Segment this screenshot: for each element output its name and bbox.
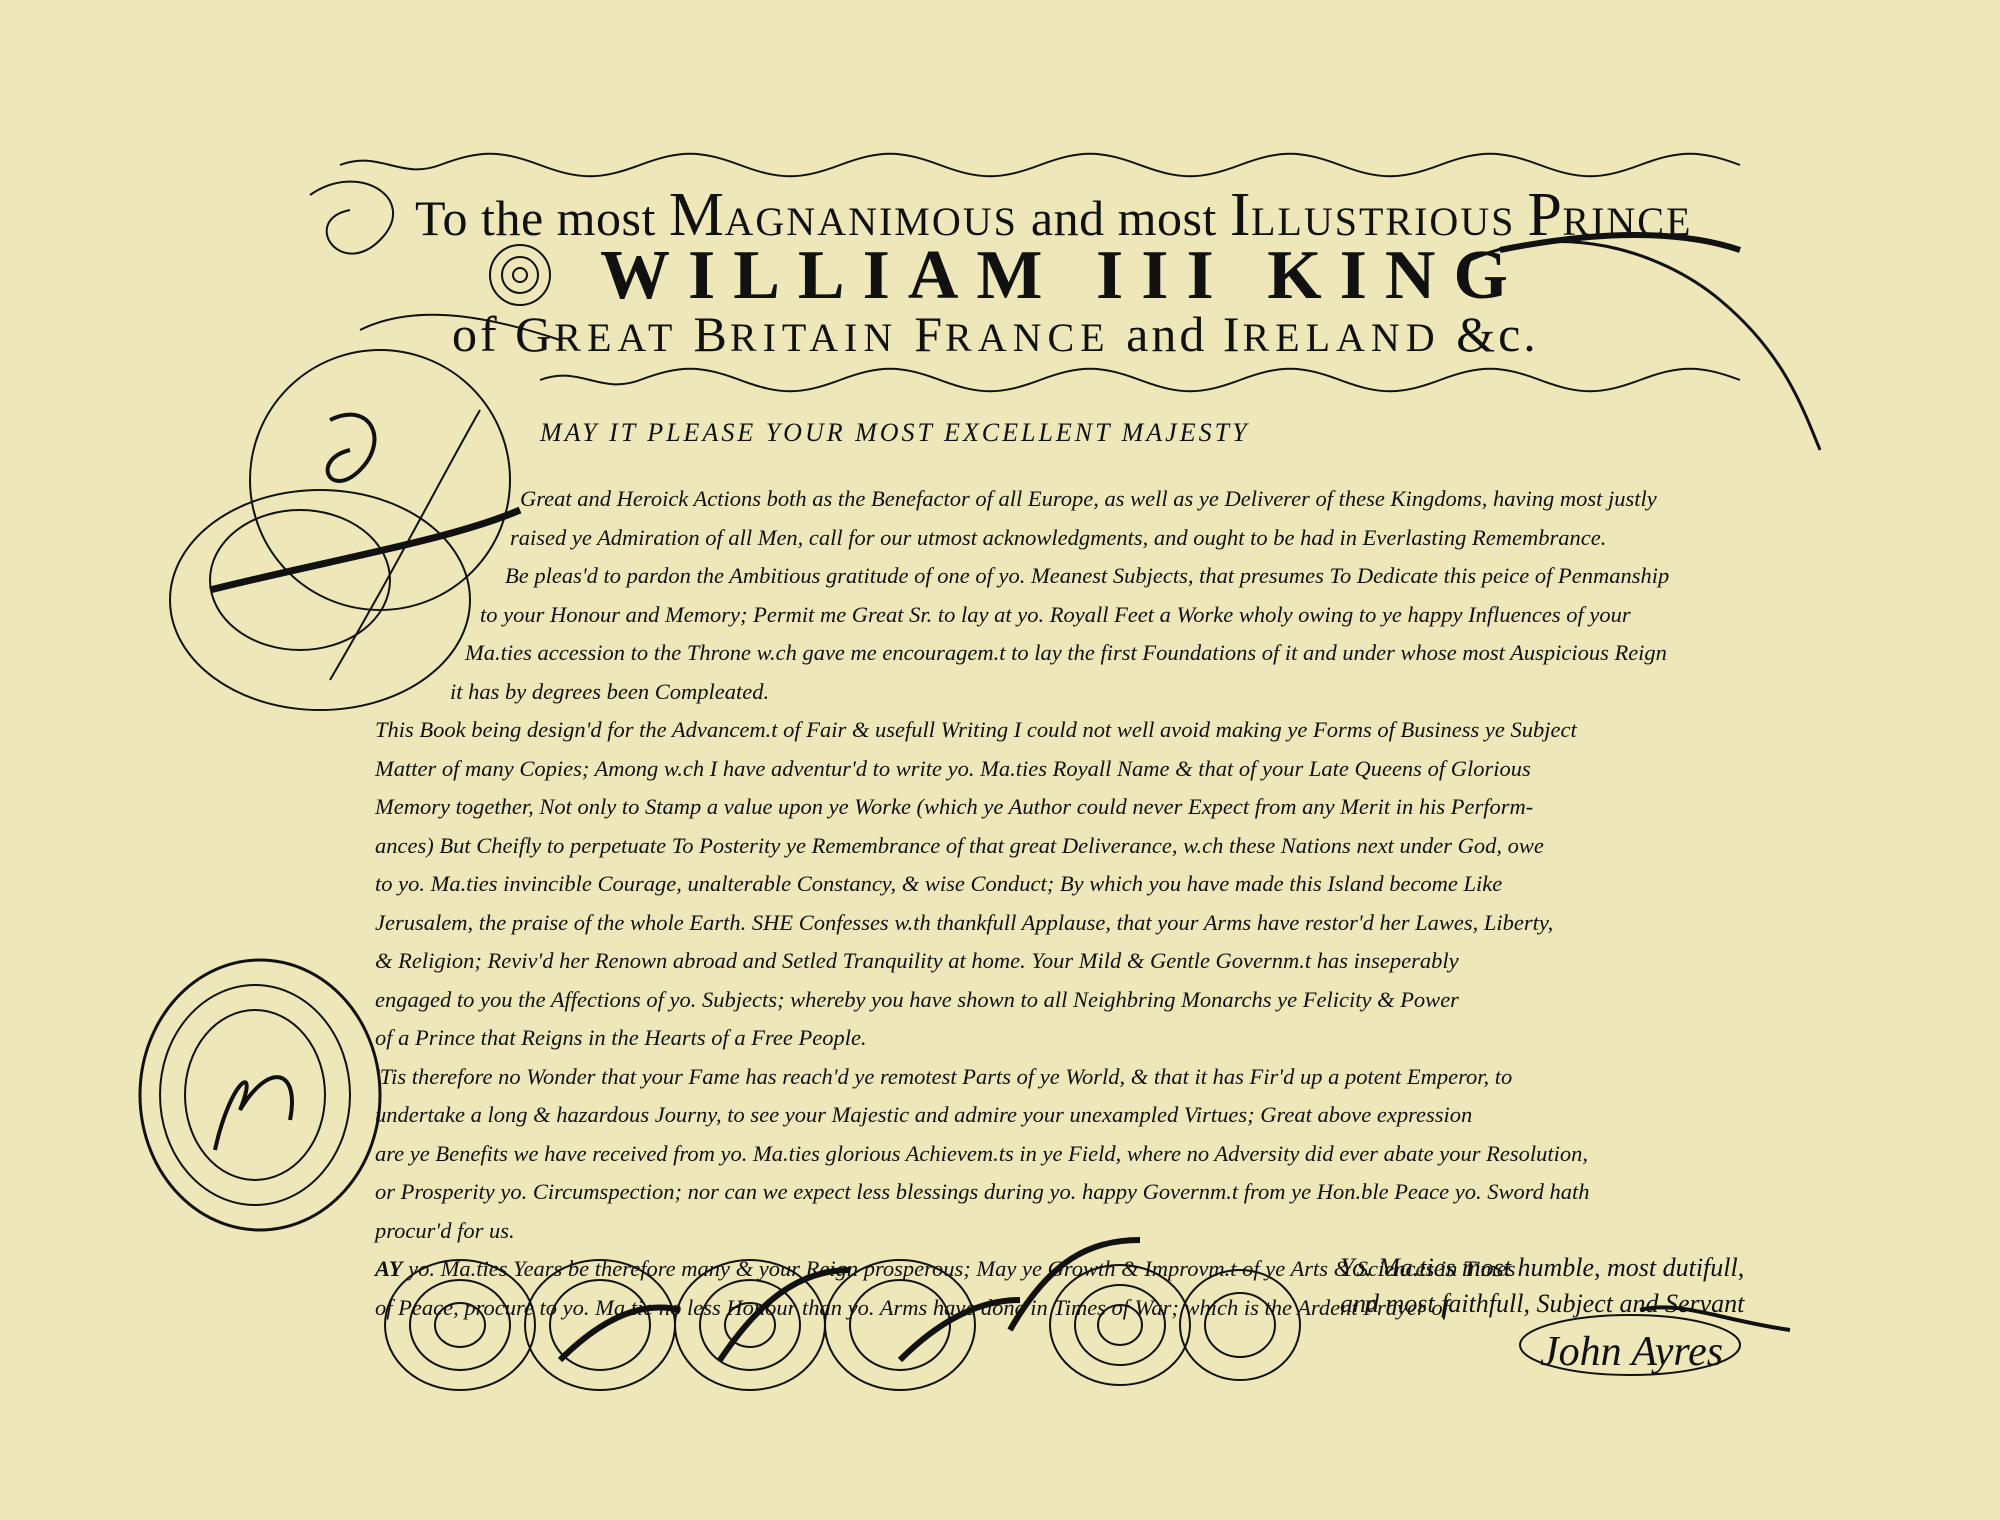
body-line: or Prosperity yo. Circumspection; nor ca… [375,1173,1840,1212]
title-text: I [1223,306,1243,362]
body-line: Ma.ties accession to the Throne w.ch gav… [375,634,1840,673]
dedication-body-text: Great and Heroick Actions both as the Be… [375,480,1840,1327]
title-text: &c. [1441,306,1539,362]
title-text: RANCE [945,315,1111,360]
body-line: 'Tis therefore no Wonder that your Fame … [375,1058,1840,1097]
author-signature: John Ayres [1540,1328,1723,1376]
closing-line: Yo. Ma.ties most humble, most dutifull, [1340,1250,1744,1286]
body-line: ances) But Cheifly to perpetuate To Post… [375,827,1840,866]
body-line: of a Prince that Reigns in the Hearts of… [375,1019,1840,1058]
body-line: engaged to you the Affections of yo. Sub… [375,981,1840,1020]
body-line: to yo. Ma.ties invincible Courage, unalt… [375,865,1840,904]
salutation: MAY IT PLEASE YOUR MOST EXCELLENT MAJEST… [540,418,1250,448]
body-line: Jerusalem, the praise of the whole Earth… [375,904,1840,943]
body-line: procur'd for us. [375,1212,1840,1251]
dedication-title-king-name: WILLIAM III KING [600,236,1526,316]
body-line: Matter of many Copies; Among w.ch I have… [375,750,1840,789]
body-line: This Book being design'd for the Advance… [375,711,1840,750]
closing-line: and most faithfull, Subject and Servant [1340,1286,1744,1322]
title-text: P [1527,181,1562,249]
body-line: to your Honour and Memory; Permit me Gre… [375,596,1840,635]
body-line: Be pleas'd to pardon the Ambitious grati… [375,557,1840,596]
body-line: & Religion; Reviv'd her Renown abroad an… [375,942,1840,981]
title-text: RINCE [1562,199,1692,244]
body-line: undertake a long & hazardous Journy, to … [375,1096,1840,1135]
title-text: and [1111,306,1223,362]
body-line: are ye Benefits we have received from yo… [375,1135,1840,1174]
closing-valediction: Yo. Ma.ties most humble, most dutifull, … [1340,1250,1744,1322]
title-text: B [694,306,730,362]
engraved-dedication-page: To the most MAGNANIMOUS and most ILLUSTR… [0,0,2000,1520]
body-line: raised ye Admiration of all Men, call fo… [375,519,1840,558]
title-text: of [452,306,515,362]
title-text: G [515,306,554,362]
title-text: RELAND [1242,315,1440,360]
dedication-title-line3: of GREAT BRITAIN FRANCE and IRELAND &c. [452,305,1539,363]
body-line: Great and Heroick Actions both as the Be… [375,480,1840,519]
body-line: it has by degrees been Compleated. [375,673,1840,712]
body-line: Memory together, Not only to Stamp a val… [375,788,1840,827]
title-text: RITAIN [730,315,914,360]
initial-ay: AY [375,1256,403,1281]
title-text: REAT [554,315,693,360]
title-text: F [914,306,945,362]
